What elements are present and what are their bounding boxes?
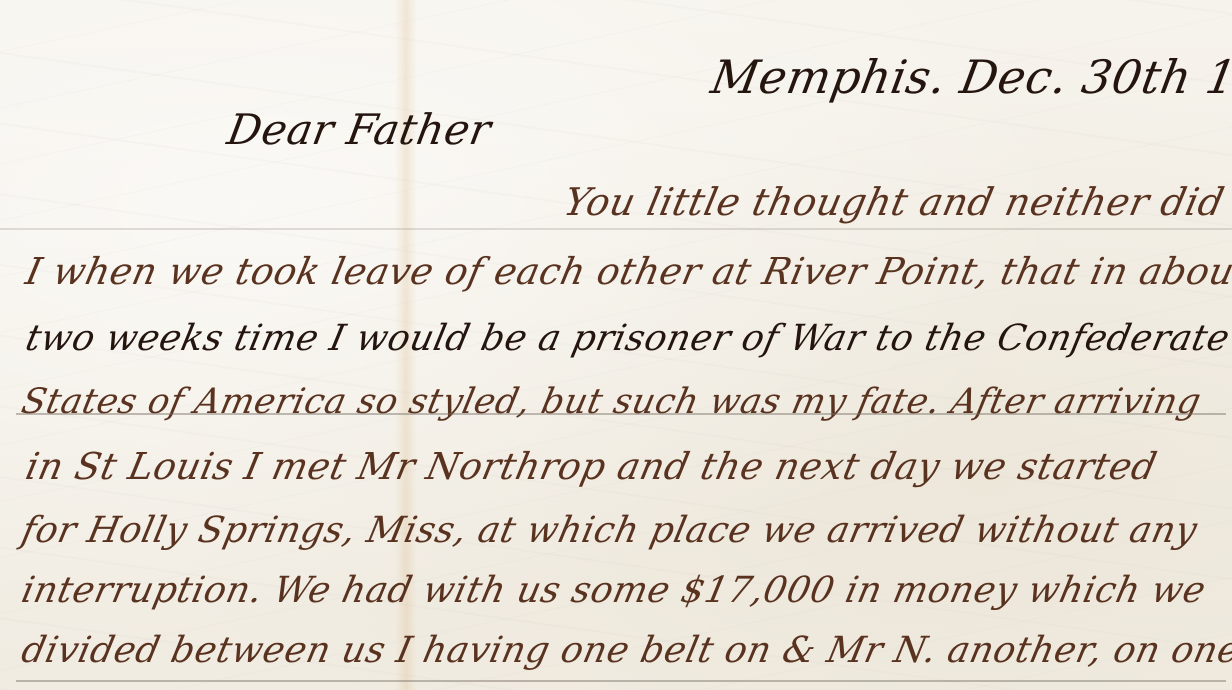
letter-line-2: I when we took leave of each other at Ri… [22,250,1232,293]
letter-page: Memphis. Dec. 30th 1862 Dear Father You … [0,0,1232,690]
salutation: Dear Father [224,105,495,154]
letter-line-7: interruption. We had with us some $17,00… [18,570,1210,611]
letter-line-5: in St Louis I met Mr Northrop and the ne… [22,445,1161,488]
letter-line-8: divided between us I having one belt on … [18,630,1232,671]
letter-line-3: two weeks time I would be a prisoner of … [22,318,1232,359]
ruled-line [16,413,1226,415]
paper-crease [0,228,1232,230]
dateline: Memphis. Dec. 30th 1862 [707,50,1232,104]
ruled-line-bottom [16,680,1226,682]
letter-line-6: for Holly Springs, Miss, at which place … [18,510,1201,551]
letter-line-4: States of America so styled, but such wa… [18,382,1205,422]
letter-line-1: You little thought and neither did [560,180,1228,224]
